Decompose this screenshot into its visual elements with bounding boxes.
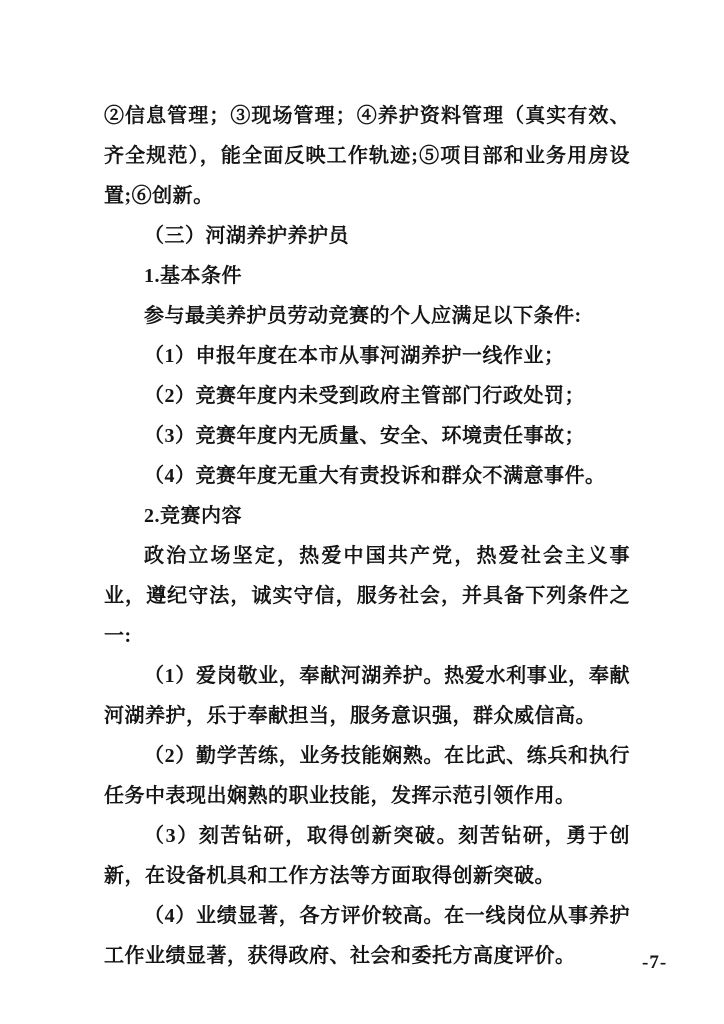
list-item: （4）业绩显著，各方评价较高。在一线岗位从事养护工作业绩显著，获得政府、社会和委… xyxy=(104,896,630,976)
page-number: -7- xyxy=(642,952,667,974)
list-item: （3）刻苦钻研，取得创新突破。刻苦钻研，勇于创新，在设备机具和工作方法等方面取得… xyxy=(104,816,630,896)
list-item: （2）竞赛年度内未受到政府主管部门行政处罚； xyxy=(104,376,630,416)
list-item: （3）竞赛年度内无质量、安全、环境责任事故； xyxy=(104,416,630,456)
list-item: （2）勤学苦练，业务技能娴熟。在比武、练兵和执行任务中表现出娴熟的职业技能，发挥… xyxy=(104,736,630,816)
paragraph: 参与最美养护员劳动竞赛的个人应满足以下条件: xyxy=(104,296,630,336)
paragraph: 政治立场坚定，热爱中国共产党，热爱社会主义事业，遵纪守法，诚实守信，服务社会，并… xyxy=(104,536,630,656)
list-item: （1）爱岗敬业，奉献河湖养护。热爱水利事业，奉献河湖养护，乐于奉献担当，服务意识… xyxy=(104,656,630,736)
list-item: （1）申报年度在本市从事河湖养护一线作业； xyxy=(104,336,630,376)
section-heading: （三）河湖养护养护员 xyxy=(104,216,630,256)
paragraph-continuation: ②信息管理；③现场管理；④养护资料管理（真实有效、齐全规范），能全面反映工作轨迹… xyxy=(104,96,630,216)
page-body: ②信息管理；③现场管理；④养护资料管理（真实有效、齐全规范），能全面反映工作轨迹… xyxy=(104,96,630,976)
document-page: ②信息管理；③现场管理；④养护资料管理（真实有效、齐全规范），能全面反映工作轨迹… xyxy=(0,0,724,1024)
list-item: （4）竞赛年度无重大有责投诉和群众不满意事件。 xyxy=(104,456,630,496)
sub-heading: 1.基本条件 xyxy=(104,256,630,296)
sub-heading: 2.竞赛内容 xyxy=(104,496,630,536)
